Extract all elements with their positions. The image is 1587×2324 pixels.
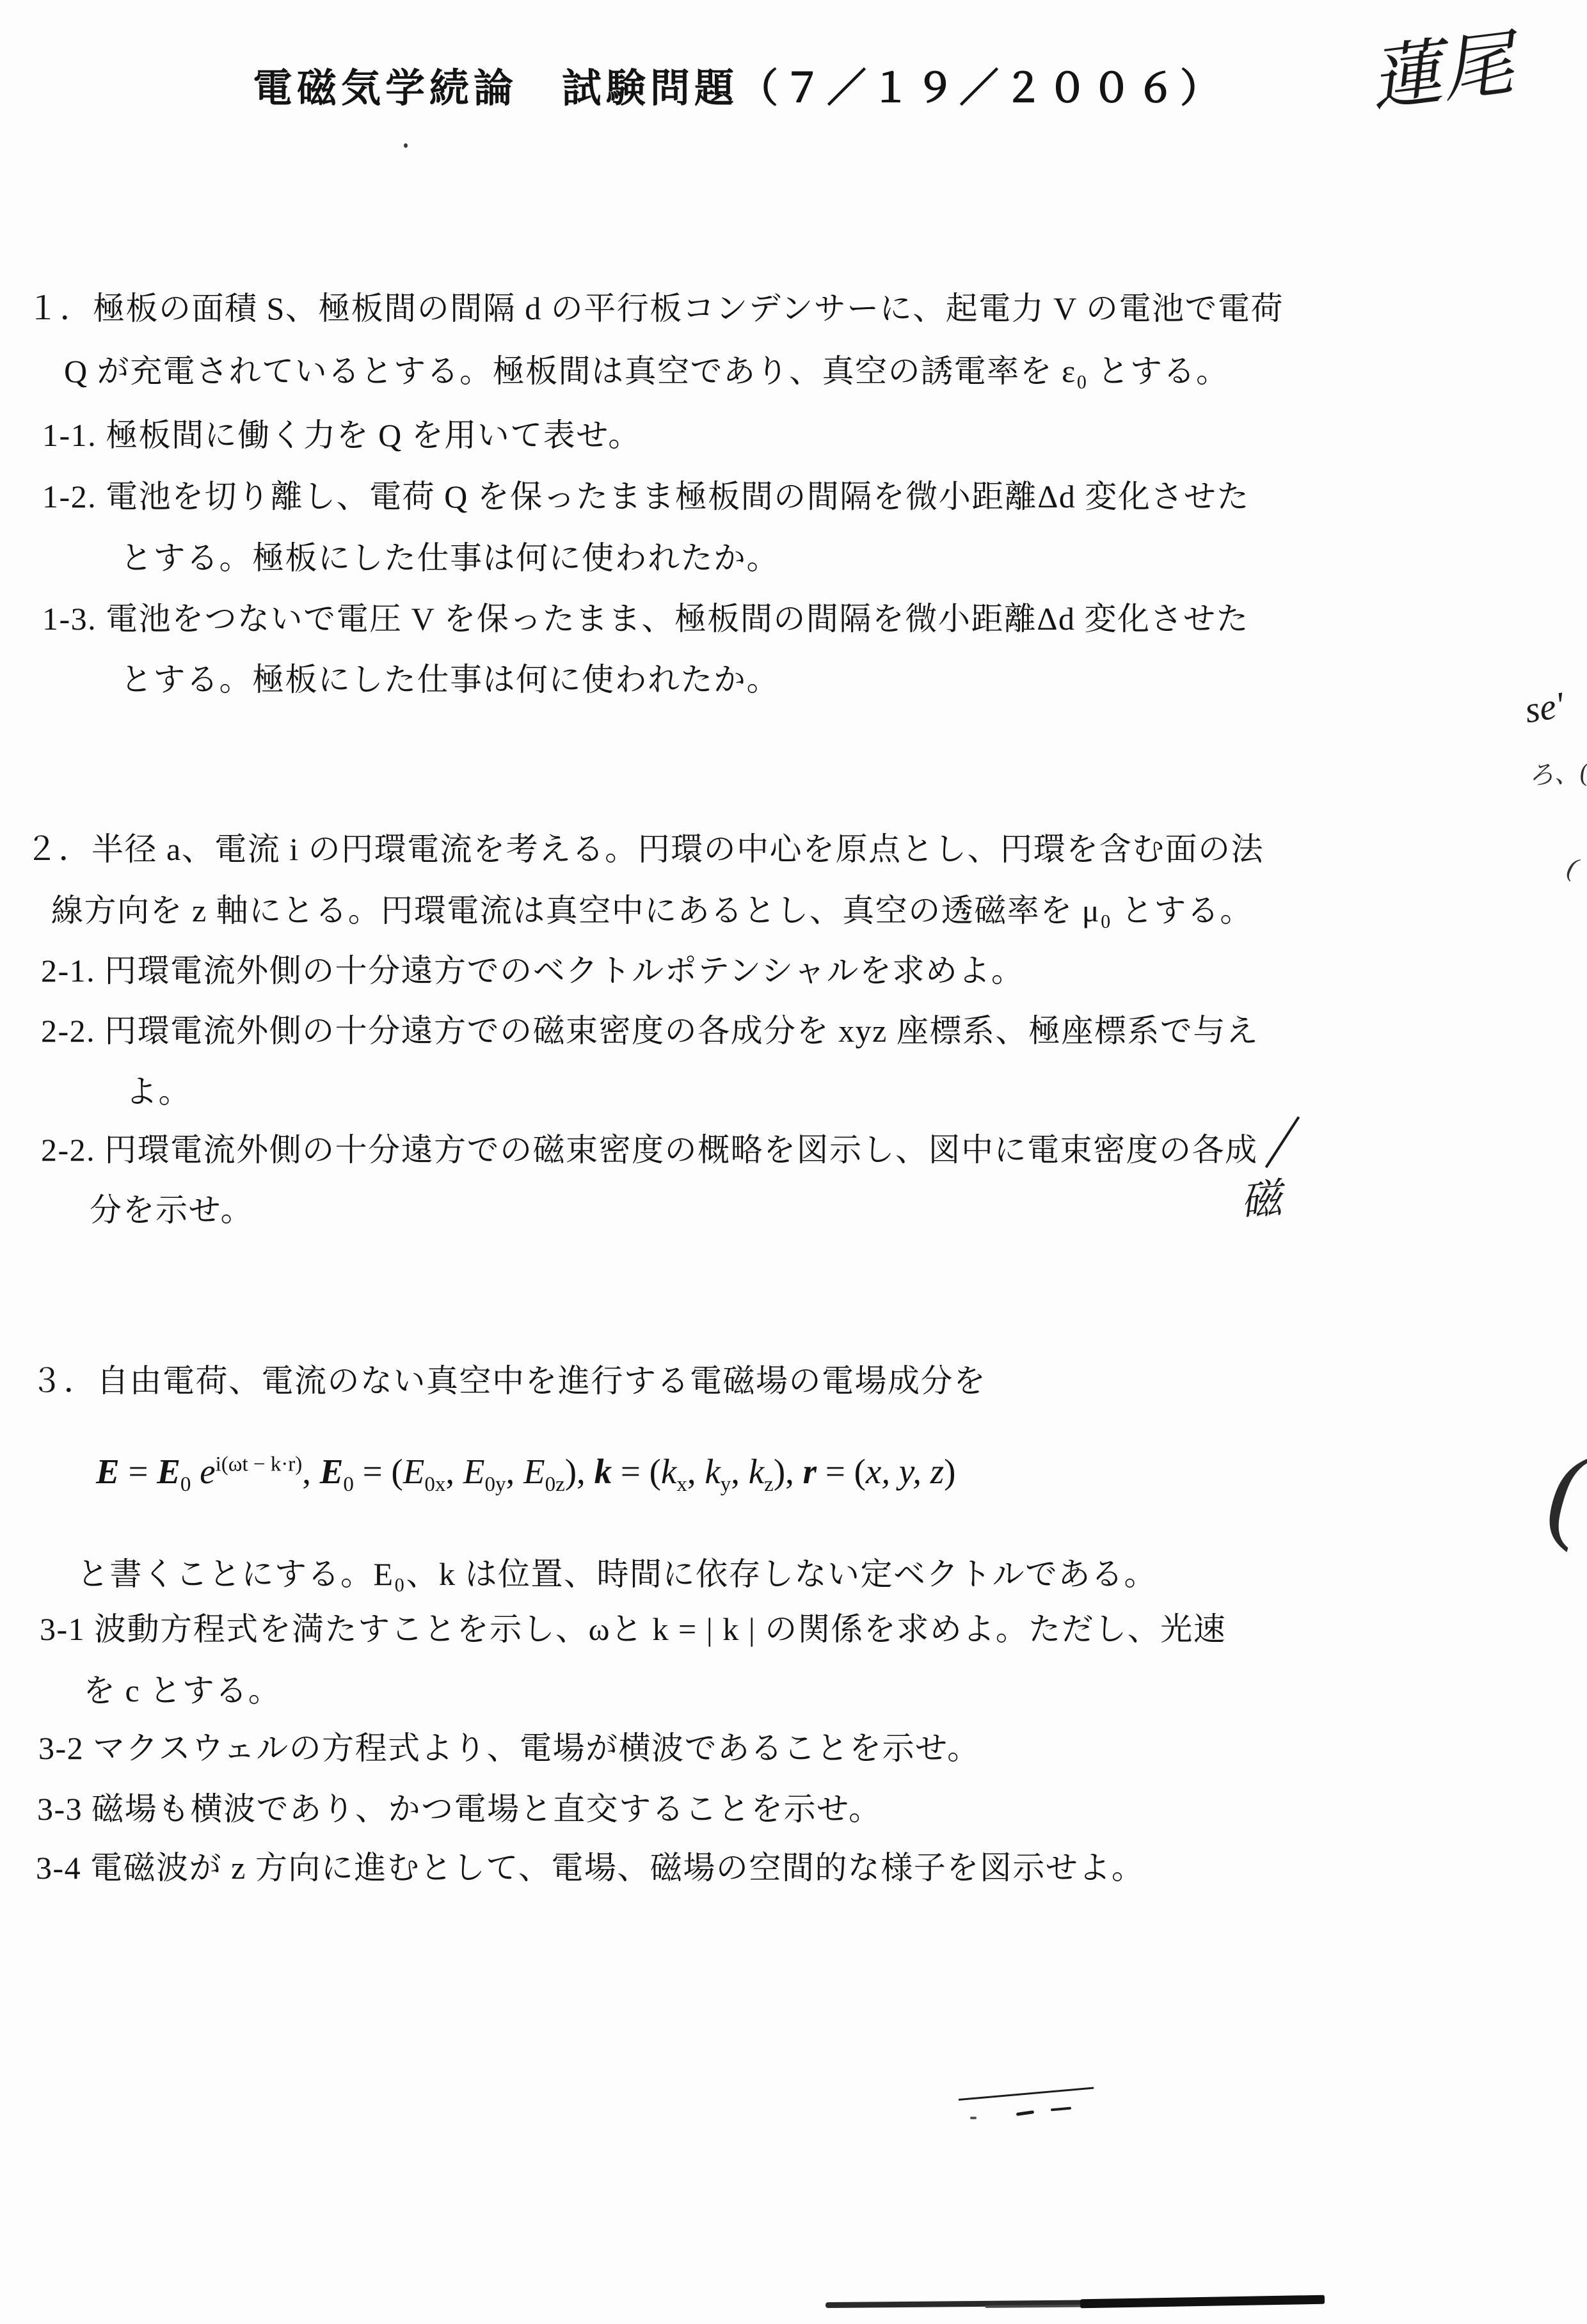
handwritten-signature: 蓮尾 [1364,6,1519,125]
handwritten-correction-kanji: 磁 [1237,1165,1284,1228]
question-3-4: 3-4 電磁波が z 方向に進むとして、電場、磁場の空間的な様子を図示せよ。 [36,1842,1144,1888]
exam-page: 電磁気学続論 試験問題（７／１９／２００６） 蓮尾 １．極板の面積 S、極板間の… [0,0,1587,2324]
question-2-1: 2-1. 円環電流外側の十分遠方でのベクトルポテンシャルを求めよ。 [41,945,1024,991]
question-3-3: 3-3 磁場も横波であり、かつ電場と直交することを示せ。 [37,1783,882,1829]
question-3-2: 3-2 マクスウェルの方程式より、電場が横波であることを示せ。 [38,1723,980,1769]
ink-speck [970,2117,977,2119]
question-1-2-line1: 1-2. 電池を切り離し、電荷 Q を保ったまま極板間の間隔を微小距離Δd 変化… [42,471,1250,517]
problem1-intro-line2: Q が充電されているとする。極板間は真空であり、真空の誘電率を ε₀ とする。 [64,346,1229,392]
question-1-3-line2: とする。極板にした仕事は何に使われたか。 [120,654,779,700]
question-2-2-line2: よ。 [125,1066,191,1112]
problem1-intro-line1: １．極板の面積 S、極板間の間隔 d の平行板コンデンサーに、起電力 V の電池… [27,283,1284,329]
question-2-3-line2: 分を示せ。 [90,1184,253,1230]
page-title: 電磁気学続論 試験問題（７／１９／２００６） [253,56,1224,113]
problem3-after-formula: と書くことにする。E₀、k は位置、時間に依存しない定ベクトルである。 [77,1548,1157,1595]
problem2-intro-line2: 線方向を z 軸にとる。円環電流は真空中にあるとし、真空の透磁率を μ₀ とする… [51,885,1253,931]
handwritten-margin-paren: ( [1542,1429,1587,1557]
problem3-intro-line1: ３．自由電荷、電流のない真空中を進行する電磁場の電場成分を [31,1355,987,1401]
question-2-2-line1: 2-2. 円環電流外側の十分遠方での磁束密度の各成分を xyz 座標系、極座標系… [41,1005,1259,1051]
question-1-1: 1-1. 極板間に働く力を Q を用いて表せ。 [42,410,641,456]
question-1-2-line2: とする。極板にした仕事は何に使われたか。 [120,532,779,578]
question-3-1-line2: を c とする。 [83,1665,281,1711]
ink-speck [1016,2110,1034,2116]
bottom-scribble-right [1080,2295,1325,2309]
pen-stroke-diagonal [959,2087,1094,2101]
handwritten-margin-note-top: se' [1522,683,1567,732]
handwritten-edge-mark: ( [1564,852,1581,884]
question-1-3-line1: 1-3. 電池をつないで電圧 V を保ったまま、極板間の間隔を微小距離Δd 変化… [42,593,1249,639]
ink-speck [404,143,408,148]
question-3-1-line1: 3-1 波動方程式を満たすことを示し、ωと k = | k | の関係を求めよ。… [40,1604,1226,1650]
question-2-3-line1: 2-2. 円環電流外側の十分遠方での磁束密度の概略を図示し、図中に電束密度の各成 [41,1124,1258,1170]
handwritten-margin-note-bottom: ろ、( [1527,752,1587,792]
problem2-intro-line1: ２．半径 a、電流 i の円環電流を考える。円環の中心を原点とし、円環を含む面の… [26,824,1264,870]
field-equation: E = E0 ei(ωt − k·r), E0 = (E0x, E0y, E0z… [96,1451,955,1497]
handwritten-correction-slash [1265,1116,1300,1168]
ink-speck [1051,2107,1071,2112]
